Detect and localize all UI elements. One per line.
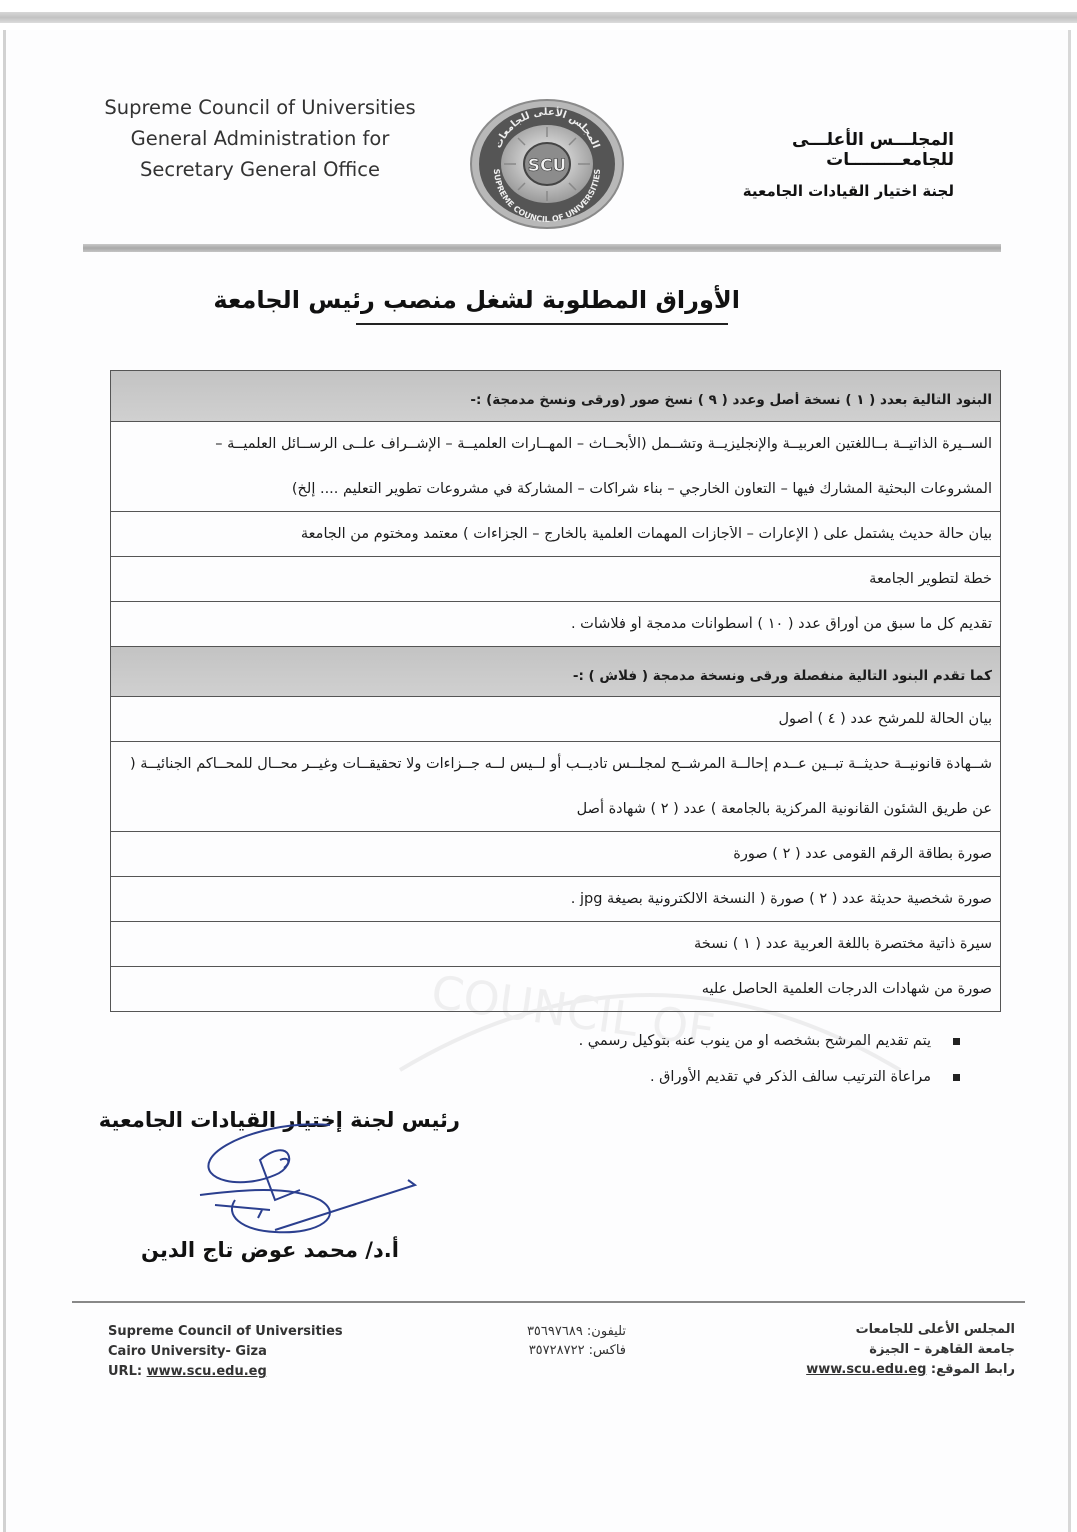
footer-contact: تليفون: ٣٥٦٩٧٦٨٩ فاكس: ٣٥٧٢٨٧٢٢ [470,1322,626,1360]
phone-number: ٣٥٦٩٧٦٨٩ [527,1324,583,1339]
note-item: يتم تقديم المرشح بشخصه او من ينوب عنه بت… [560,1023,960,1059]
svg-text:SCU: SCU [528,156,567,176]
requirement-row-candidate-status: بيان الحالة للمرشح عدد ( ٤ ) أصول [111,696,1000,741]
requirement-text: صورة شخصية حديثة عدد ( ٢ ) صورة ( النسخة… [119,891,992,907]
title-underline [356,323,728,325]
fax-label: فاكس: [585,1343,626,1358]
section-1-header: البنود التالية بعدد ( ١ ) نسخة أصل وعدد … [111,371,1000,421]
requirement-row-status: بيان حالة حديث يشتمل على ( الإعارات – ال… [111,511,1000,556]
requirement-text: صورة بطاقة الرقم القومى عدد ( ٢ ) صورة [119,846,992,862]
phone-label: تليفون: [583,1324,626,1339]
requirement-text: عن طريق الشئون القانونية المركزية بالجام… [119,787,992,832]
requirement-text: صورة من شهادات الدرجات العلمية الحاصل عل… [119,981,992,997]
footer-ar-url-link[interactable]: www.scu.edu.eg [806,1362,926,1377]
requirement-text: المشروعات البحثية المشارك فيها – التعاون… [119,467,992,512]
document-title: الأوراق المطلوبة لشغل منصب رئيس الجامعة [340,286,740,314]
bullet-square-icon [953,1074,960,1081]
requirement-text: بيان الحالة للمرشح عدد ( ٤ ) أصول [119,711,992,727]
requirement-row-legal-certificate: شــهادة قانونيــة حديثــة تبــين عــدم إ… [111,741,1000,831]
notes-list: يتم تقديم المرشح بشخصه او من ينوب عنه بت… [560,1023,960,1095]
note-item: مراعاة الترتيب سالف الذكر في تقديم الأور… [560,1059,960,1095]
footer-ar-address: جامعة القاهرة – الجيزة [790,1340,1015,1360]
header-ar-org: المجلـــس الأعلـــى للجامعـــــــــات [660,130,960,170]
signatory-name: أ.د/ محمد عوض تاج الدين [130,1238,410,1262]
requirement-row-short-cv: سيرة ذاتية مختصرة باللغة العربية عدد ( ١… [111,921,1000,966]
scu-logo-icon: SCU SUPREME COUNCIL OF UNIVERSITIES المج… [468,97,626,231]
requirement-text: تقديم كل ما سبق من أوراق عدد ( ١٠ ) أسطو… [119,616,992,632]
footer-en-address: Cairo University- Giza [108,1342,343,1362]
footer-english: Supreme Council of Universities Cairo Un… [108,1322,343,1382]
requirement-row-photo: صورة شخصية حديثة عدد ( ٢ ) صورة ( النسخة… [111,876,1000,921]
fax-number: ٣٥٧٢٨٧٢٢ [529,1343,585,1358]
footer-ar-org: المجلس الأعلى للجامعات [790,1320,1015,1340]
footer-en-url-link[interactable]: www.scu.edu.eg [147,1364,267,1379]
requirement-text: خطة لتطوير الجامعة [119,571,992,587]
handwritten-signature-icon [180,1120,430,1250]
header-ar-committee: لجنة اختيار القيادات الجامعية [660,182,960,200]
requirement-row-cv: الســيرة الذاتيــة بــاللغتين العربيــة … [111,421,1000,511]
requirement-text: بيان حالة حديث يشتمل على ( الإعارات – ال… [119,526,992,542]
footer-en-url-label: URL: [108,1364,147,1379]
requirement-text: سيرة ذاتية مختصرة باللغة العربية عدد ( ١… [119,936,992,952]
footer-arabic: المجلس الأعلى للجامعات جامعة القاهرة – ا… [790,1320,1015,1380]
requirement-text: الســيرة الذاتيــة بــاللغتين العربيــة … [119,422,992,467]
header-en-line-3: Secretary General Office [80,154,440,185]
requirement-row-plan: خطة لتطوير الجامعة [111,556,1000,601]
requirement-row-discs: تقديم كل ما سبق من أوراق عدد ( ١٠ ) أسطو… [111,601,1000,646]
requirements-table: البنود التالية بعدد ( ١ ) نسخة أصل وعدد … [110,370,1001,1012]
requirement-row-national-id: صورة بطاقة الرقم القومى عدد ( ٢ ) صورة [111,831,1000,876]
header-en-line-2: General Administration for [80,123,440,154]
header-english: Supreme Council of Universities General … [80,92,440,185]
requirement-row-degrees: صورة من شهادات الدرجات العلمية الحاصل عل… [111,966,1000,1011]
header-divider [83,244,1001,252]
footer-divider [72,1301,1025,1303]
footer-en-org: Supreme Council of Universities [108,1322,343,1342]
section-2-header: كما تقدم البنود التالية منفصلة ورقى ونسخ… [111,646,1000,696]
requirement-text: شــهادة قانونيــة حديثــة تبــين عــدم إ… [119,742,992,787]
bullet-square-icon [953,1038,960,1045]
scan-top-edge [0,12,1077,23]
header-en-line-1: Supreme Council of Universities [80,92,440,123]
header-arabic: المجلـــس الأعلـــى للجامعـــــــــات لج… [660,130,960,200]
footer-ar-url-label: رابط الموقع: [926,1362,1015,1377]
